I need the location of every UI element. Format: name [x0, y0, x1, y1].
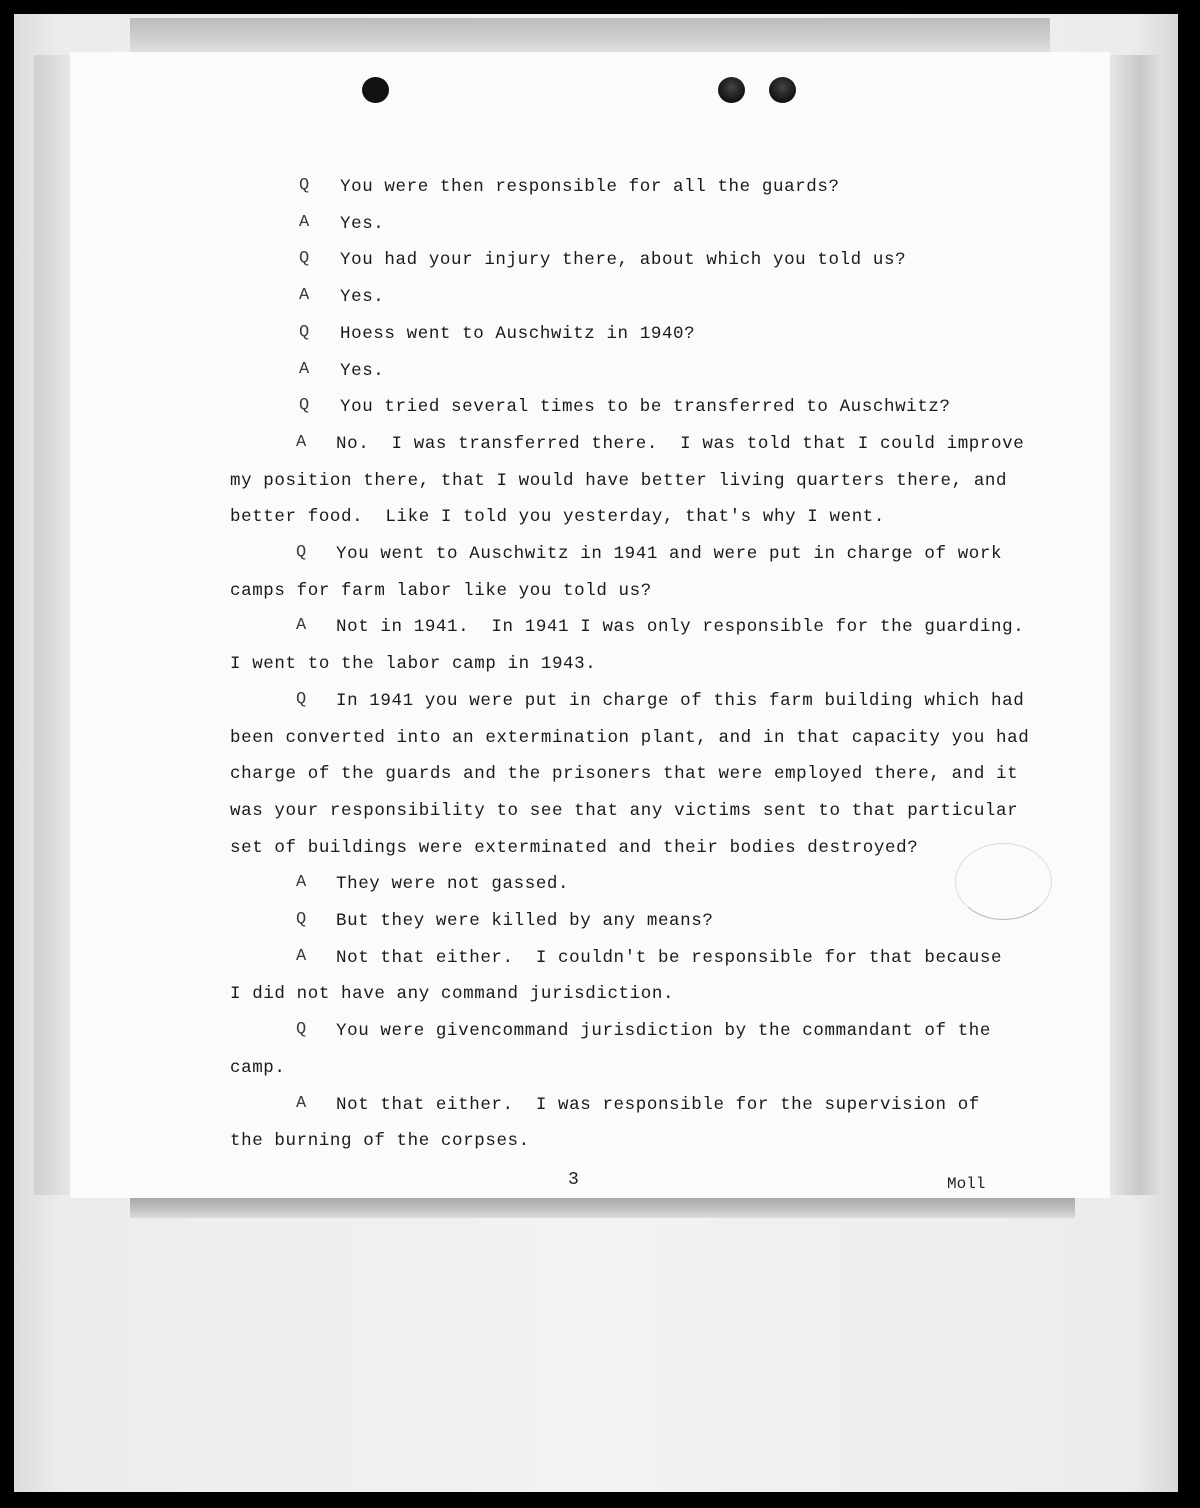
transcript-line: camps for farm labor like you told us?	[230, 580, 652, 602]
transcript-line: Yes.	[340, 360, 384, 382]
transcript-line: In 1941 you were put in charge of this f…	[336, 690, 1024, 712]
transcript-line: Hoess went to Auschwitz in 1940?	[340, 323, 695, 345]
answer-marker: A	[299, 286, 309, 305]
right-edge-shadow	[1110, 55, 1160, 1195]
transcript-line: I went to the labor camp in 1943.	[230, 653, 596, 675]
witness-name: Moll	[947, 1175, 985, 1193]
answer-marker: A	[296, 873, 306, 892]
transcript-line: camp.	[230, 1057, 286, 1079]
question-marker: Q	[296, 690, 306, 709]
transcript-line: They were not gassed.	[336, 873, 569, 895]
question-marker: Q	[299, 249, 309, 268]
answer-marker: A	[299, 213, 309, 232]
transcript-line: No. I was transferred there. I was told …	[336, 433, 1024, 455]
faint-stamp	[955, 843, 1052, 920]
question-marker: Q	[296, 1020, 306, 1039]
transcript-line: the burning of the corpses.	[230, 1130, 530, 1152]
transcript-line: been converted into an extermination pla…	[230, 727, 1029, 749]
transcript-line: set of buildings were exterminated and t…	[230, 837, 918, 859]
transcript-line: Not that either. I couldn't be responsib…	[336, 947, 1002, 969]
transcript-line: You went to Auschwitz in 1941 and were p…	[336, 543, 1002, 565]
answer-marker: A	[296, 1094, 306, 1113]
answer-marker: A	[296, 433, 306, 452]
transcript-line: Not in 1941. In 1941 I was only responsi…	[336, 616, 1024, 638]
transcript-line: Not that either. I was responsible for t…	[336, 1094, 980, 1116]
left-edge-shadow	[34, 55, 70, 1195]
question-marker: Q	[296, 543, 306, 562]
answer-marker: A	[296, 616, 306, 635]
question-marker: Q	[299, 176, 309, 195]
answer-marker: A	[296, 947, 306, 966]
transcript-line: I did not have any command jurisdiction.	[230, 983, 674, 1005]
transcript-line: was your responsibility to see that any …	[230, 800, 1018, 822]
transcript-line: charge of the guards and the prisoners t…	[230, 763, 1018, 785]
transcript-line: You were then responsible for all the gu…	[340, 176, 840, 198]
transcript-line: Yes.	[340, 286, 384, 308]
punch-hole-icon	[362, 77, 389, 103]
question-marker: Q	[299, 396, 309, 415]
top-edge-shadow	[130, 18, 1050, 52]
question-marker: Q	[296, 910, 306, 929]
transcript-line: my position there, that I would have bet…	[230, 470, 1007, 492]
page-number: 3	[568, 1170, 579, 1190]
transcript-line: You tried several times to be transferre…	[340, 396, 951, 418]
transcript-line: better food. Like I told you yesterday, …	[230, 506, 885, 528]
bottom-edge-shadow	[130, 1198, 1075, 1218]
punch-hole-icon	[769, 77, 796, 103]
answer-marker: A	[299, 360, 309, 379]
transcript-line: Yes.	[340, 213, 384, 235]
punch-hole-icon	[718, 77, 745, 103]
transcript-line: You had your injury there, about which y…	[340, 249, 906, 271]
question-marker: Q	[299, 323, 309, 342]
transcript-line: But they were killed by any means?	[336, 910, 713, 932]
transcript-line: You were givencommand jurisdiction by th…	[336, 1020, 991, 1042]
